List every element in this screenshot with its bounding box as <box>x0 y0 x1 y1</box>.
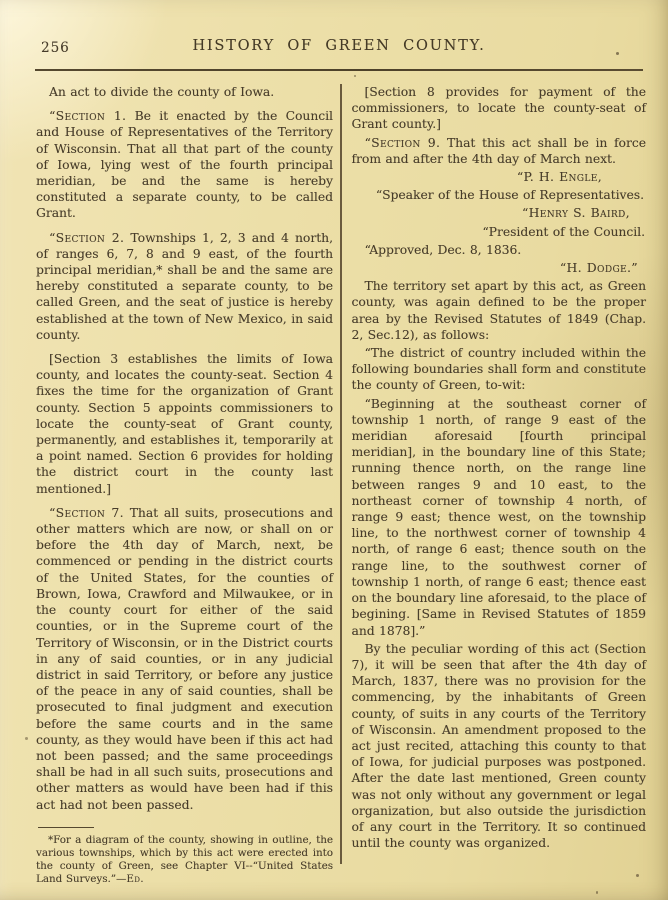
left-column: An act to divide the county of Iowa. “Se… <box>36 84 333 885</box>
page-number: 256 <box>41 40 70 56</box>
sections-3-to-6-summary-paragraph: [Section 3 establishes the limits of Iow… <box>36 351 333 497</box>
section-2-label: “Section 2. <box>49 231 124 245</box>
scan-speck <box>354 75 356 77</box>
page-title: HISTORY OF GREEN COUNTY. <box>35 38 643 54</box>
section-7-text: That all suits, prosecutions and other m… <box>36 506 333 812</box>
footnote-signoff: Ed. <box>126 873 144 885</box>
footnote-rule <box>38 827 94 829</box>
header-rule <box>35 69 643 71</box>
page-header: 256 HISTORY OF GREEN COUNTY. <box>35 38 643 60</box>
section-7-label: “Section 7. <box>49 506 124 520</box>
column-divider <box>340 84 342 864</box>
boundary-description-paragraph: “Beginning at the southeast corner of to… <box>352 396 647 639</box>
section-1-paragraph: “Section 1. Be it enacted by the Council… <box>36 108 333 221</box>
section-2-paragraph: “Section 2. Townships 1, 2, 3 and 4 nort… <box>36 230 333 343</box>
approved-line: “Approved, Dec. 8, 1836. <box>352 242 647 258</box>
scan-speck <box>596 891 598 894</box>
section-1-label: “Section 1. <box>49 109 126 123</box>
scan-speck <box>616 52 619 55</box>
two-column-text: An act to divide the county of Iowa. “Se… <box>36 84 646 885</box>
footnote: *For a diagram of the county, showing in… <box>36 834 333 885</box>
section-8-summary-paragraph: [Section 8 provides for payment of the c… <box>352 84 647 133</box>
territory-paragraph: The territory set apart by this act, as … <box>352 278 647 343</box>
signature-speaker-title: “Speaker of the House of Representatives… <box>352 187 647 203</box>
signature-engle: “P. H. Engle, <box>352 169 647 185</box>
section-2-text: Townships 1, 2, 3 and 4 north, of ranges… <box>36 231 333 342</box>
section-1-text: Be it enacted by the Council and House o… <box>36 109 333 220</box>
signature-baird: “Henry S. Baird, <box>352 205 647 221</box>
scan-speck <box>636 874 639 877</box>
peculiar-wording-paragraph: By the peculiar wording of this act (Sec… <box>352 641 647 852</box>
signature-dodge: “H. Dodge.” <box>352 260 647 276</box>
signature-president-title: “President of the Council. <box>352 224 647 240</box>
district-boundaries-paragraph: “The district of country included within… <box>352 345 647 394</box>
section-7-paragraph: “Section 7. That all suits, prosecutions… <box>36 505 333 813</box>
section-9-label: “Section 9. <box>365 136 441 150</box>
act-title-paragraph: An act to divide the county of Iowa. <box>36 84 333 100</box>
section-9-paragraph: “Section 9. That this act shall be in fo… <box>352 135 647 167</box>
right-column: [Section 8 provides for payment of the c… <box>352 84 647 885</box>
book-page: 256 HISTORY OF GREEN COUNTY. An act to d… <box>0 0 668 900</box>
footnote-text: *For a diagram of the county, showing in… <box>36 834 333 884</box>
scan-speck <box>25 737 28 740</box>
